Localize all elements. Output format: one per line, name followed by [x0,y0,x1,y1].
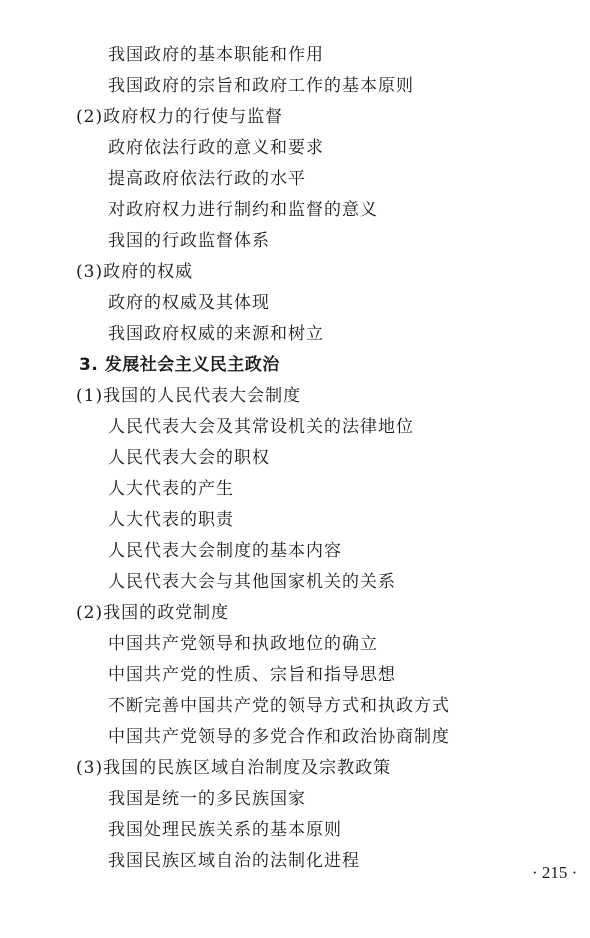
outline-item: 人大代表的产生 [108,479,234,499]
outline-item: 我国是统一的多民族国家 [108,789,306,809]
outline-item: 我国的行政监督体系 [108,231,270,251]
outline-item: 政府的权威及其体现 [108,293,270,313]
outline-item: 人民代表大会制度的基本内容 [108,541,342,561]
outline-item: 提高政府依法行政的水平 [108,169,306,189]
outline-item: 人民代表大会的职权 [108,448,270,468]
outline-item: 我国处理民族关系的基本原则 [108,820,342,840]
outline-item: 政府依法行政的意义和要求 [108,138,324,158]
outline-item: 我国政府的宗旨和政府工作的基本原则 [108,76,414,96]
outline-item: 对政府权力进行制约和监督的意义 [108,200,378,220]
page-number: · 215 · [532,863,577,883]
outline-item: 人民代表大会与其他国家机关的关系 [108,572,396,592]
outline-item: 我国民族区域自治的法制化进程 [108,851,360,871]
outline-item: 中国共产党的性质、宗旨和指导思想 [108,665,396,685]
outline-item: 人大代表的职责 [108,510,234,530]
outline-subheading: (2)我国的政党制度 [76,603,229,623]
outline-item: 人民代表大会及其常设机关的法律地位 [108,417,414,437]
outline-item: 中国共产党领导的多党合作和政治协商制度 [108,727,450,747]
outline-subheading: (2)政府权力的行使与监督 [76,107,283,127]
outline-item: 我国政府的基本职能和作用 [108,45,324,65]
outline-item: 不断完善中国共产党的领导方式和执政方式 [108,696,450,716]
outline-subheading: (3)我国的民族区域自治制度及宗教政策 [76,758,391,778]
outline-subheading: (3)政府的权威 [76,262,193,282]
outline-item: 中国共产党领导和执政地位的确立 [108,634,378,654]
outline-subheading: (1)我国的人民代表大会制度 [76,386,301,406]
section-heading: 3. 发展社会主义民主政治 [79,355,280,375]
outline-item: 我国政府权威的来源和树立 [108,324,324,344]
